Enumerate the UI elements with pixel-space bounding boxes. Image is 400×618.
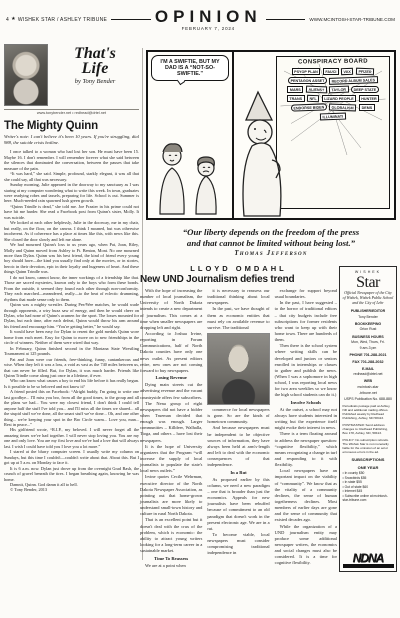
editorial-cartoon: I'M A SWIFTIE, BUT MY DAD IS A “NOT-SO-S… — [146, 50, 396, 220]
paragraph: In the past, we have thought of them as … — [207, 306, 269, 331]
paragraph: commerce for local newspapers is gone. S… — [207, 407, 269, 425]
paragraph: At the outset, a school may not always h… — [275, 407, 337, 432]
board-label: HUNTER — [359, 95, 379, 102]
email-value: redhead@drtel.net — [343, 372, 394, 376]
section-date: FEBRUARY 7, 2024 — [155, 26, 262, 31]
usps-number: USPS Publication No. 688-880 — [343, 397, 394, 401]
subscription-rates: • In county $50• Snowbirds $55• In state… — [343, 471, 394, 502]
board-label: ALIENS? — [306, 86, 327, 94]
paragraph: © Tony Bender, 2013 — [4, 487, 139, 492]
paragraph: With the hope of increasing the number o… — [140, 288, 202, 331]
subhead: Involve Schools — [275, 400, 337, 406]
postmaster-note: POSTMASTER: Send address changes to: Red… — [343, 423, 394, 435]
policy-note: POLICY: No subscription refunds. The Wis… — [343, 438, 394, 454]
article-headline: New UND Journalism defies trend — [140, 274, 337, 285]
masthead-box: WISHEK Star Official Newspaper of the Ci… — [339, 266, 397, 572]
bookkeeping-label: BOOKKEEPING — [343, 322, 394, 326]
hours-time: 9 am-3 pm — [343, 346, 394, 350]
page-number: 4 — [6, 17, 9, 23]
article-column-2-bottom: commerce for local newspapers is gone. S… — [207, 407, 269, 557]
thats-life-masthead: That's Life by Tony Bender — [4, 44, 139, 106]
board-label: PSYOP PLAN — [292, 68, 321, 75]
board-label: TRANS — [287, 95, 305, 102]
paragraph: A friend posted this on Facebook: “Alrig… — [4, 389, 139, 427]
board-label: FAUCI — [323, 68, 339, 75]
quote-attribution: Thomas Jefferson — [146, 250, 396, 257]
paragraph: it is necessary to reassess our traditio… — [207, 288, 269, 306]
paragraph: And because newspapers must be independe… — [207, 425, 269, 468]
hours-label: BUSINESS HOURS — [343, 335, 394, 339]
board-label: LIZARD PEOPLE — [322, 95, 357, 102]
paragraph: While the organization of a UND journali… — [275, 524, 337, 567]
paragraph: Quinn was a mighty wrestler. During Pee/… — [4, 302, 139, 329]
jefferson-quote: “Our liberty depends on the freedom of t… — [146, 227, 396, 257]
thats-life-column: That's Life by Tony Bender www.tonybende… — [4, 44, 139, 493]
web-value-2: -tribune.net — [343, 391, 394, 395]
paragraph: Sunday morning, Julie appeared in the do… — [4, 182, 139, 204]
speech-bubble-tail — [177, 77, 185, 85]
folio-name: WISHEK STAR / ASHLEY TRIBUNE — [18, 17, 107, 23]
subscriptions-title-2: ONE YEAR — [343, 466, 394, 470]
paragraph: We had mourned Quinn's loss to us years … — [4, 242, 139, 275]
board-label: NFL — [307, 95, 319, 102]
paragraph: It is the hope of University organizers … — [140, 444, 202, 475]
paragraph: There is a term floating around to addre… — [275, 431, 337, 468]
board-label: PFIZER — [356, 68, 374, 76]
paragraph: I stared at the blurry computer screen. … — [4, 449, 139, 465]
publisher-name: Tony Bender — [343, 315, 394, 319]
paragraph: In February, Quinn finished second in th… — [4, 346, 139, 357]
board-label: DEEP STATE — [351, 86, 379, 93]
paragraph: We are at a point when — [140, 563, 202, 569]
column-byline: by Tony Bender — [51, 78, 139, 85]
title-line1: That's — [51, 46, 139, 61]
header-rule-right — [266, 19, 306, 20]
quote-line2: and that cannot be limited without being… — [146, 238, 396, 249]
board-label: VAX — [341, 68, 354, 75]
subhead: In a Rut — [207, 470, 269, 476]
masthead-name: Star — [343, 276, 394, 290]
paragraph: I once talked to a woman who had lost he… — [4, 149, 139, 171]
author-contact-line: www.tonybender.net • redhead@drtel.net — [4, 109, 139, 115]
paragraph: Irvine quotes Cecile Wehrman, executive … — [140, 474, 202, 517]
folio-left: 4 ★ WISHEK STAR / ASHLEY TRIBUNE — [6, 17, 107, 23]
paragraph: The Nena group of eight newspapers did n… — [140, 401, 202, 444]
title-line2: Life — [51, 61, 139, 76]
conspiracy-board: CONSPIRACY BOARD PSYOP PLANFAUCIVAXPFIZE… — [276, 56, 390, 209]
website-url: WWW.MCINTOSH-STAR-TRIBUNE.COM — [309, 17, 395, 22]
writers-note: Writer's note: I can't believe it's been… — [4, 134, 139, 146]
article-body: With the hope of increasing the number o… — [140, 288, 337, 569]
article-column-2-top: it is necessary to reassess our traditio… — [207, 288, 269, 331]
board-label: ENDORSE BIDEN — [291, 103, 327, 111]
web-value-1: mcintosh-star — [343, 385, 394, 389]
speech-bubble-text: I'M A SWIFTIE, BUT MY DAD IS A “NOT-SO-S… — [160, 59, 219, 78]
board-label: DEMS — [359, 104, 375, 111]
lloyd-omdahl-photo — [207, 333, 269, 405]
tinfoil-hat-man — [234, 90, 286, 218]
board-labels: PSYOP PLANFAUCIVAXPFIZERPENTAGON ASSETRE… — [279, 68, 387, 120]
official-newspaper-text: Official Newspaper of the City of Wishek… — [343, 291, 394, 306]
ndna-logo-text: NDNA — [343, 552, 394, 564]
publisher-label: PUBLISHER/EDITOR — [343, 309, 394, 313]
paragraph: As proposed earlier by this column, we n… — [207, 477, 269, 532]
paragraph: Then there is the school system where wr… — [275, 343, 337, 398]
paragraph: “Quinn Trindle is dead,” she told me. Jo… — [4, 204, 139, 220]
fax-line: FAX 701-288-2032 — [343, 360, 394, 364]
author-kicker: LLOYD OMDAHL — [140, 264, 337, 273]
board-label: MARS — [287, 86, 303, 93]
paragraph: It would have been easy for Dylan to res… — [4, 329, 139, 345]
paragraph: I do not know, cannot know, the inner wo… — [4, 275, 139, 302]
subhead: Time To Reassess — [140, 556, 202, 562]
cartoon-panel-left: I'M A SWIFTIE, BUT MY DAD IS A “NOT-SO-S… — [148, 52, 234, 218]
ndna-logo-bar — [343, 564, 394, 568]
thats-life-title: That's Life by Tony Bender — [51, 44, 139, 106]
paragraph: To become viable, local newspapers must … — [207, 532, 269, 557]
paragraph: In the past, I have suggested – to the h… — [275, 300, 337, 343]
paragraph: Local newspapers have an important impac… — [275, 468, 337, 523]
article-column-3: exchange for support beyond usual bounda… — [275, 288, 337, 569]
page-header: 4 ★ WISHEK STAR / ASHLEY TRIBUNE OPINION… — [6, 8, 395, 31]
tony-bender-photo — [4, 44, 48, 106]
quote-line1: “Our liberty depends on the freedom of t… — [146, 227, 396, 238]
star-icon: ★ — [11, 17, 16, 22]
bookkeeping-name: Orlon Rust — [343, 327, 394, 331]
paragraph: According to Joshua Irvine, reporting in… — [140, 331, 202, 374]
phone-line: PHONE 701-288-2021 — [343, 353, 394, 357]
section-title: OPINION — [155, 8, 262, 25]
postage-fineprint: Periodicals postage paid at Ashley, ND a… — [343, 404, 394, 420]
subscriptions-title-1: SUBSCRIPTIONS — [343, 458, 394, 462]
paragraph: Pat and Joan were our friends, free-thin… — [4, 357, 139, 379]
paragraph: “It was hard,” she said. Simple, profoun… — [4, 171, 139, 182]
speech-bubble: I'M A SWIFTIE, BUT MY DAD IS A “NOT-SO-S… — [151, 55, 229, 81]
article-column-2: it is necessary to reassess our traditio… — [207, 288, 269, 569]
paragraph: Dying main streets cut the advertising r… — [140, 382, 202, 400]
hours-days: Mon, Wed, Thurs, Fri. — [343, 340, 394, 344]
board-label: RECORD ALBUM SALES — [329, 76, 378, 85]
paragraph: His girlfriend wrote, “R.I.P., my belove… — [4, 427, 139, 449]
subscription-rate-item: • Subscribe online at mcintosh-star-trib… — [343, 494, 394, 503]
column-body: I once talked to a woman who had lost he… — [4, 149, 139, 493]
cartoon-panel-right: CONSPIRACY BOARD PSYOP PLANFAUCIVAXPFIZE… — [234, 52, 394, 218]
email-label: E-MAIL — [343, 367, 394, 371]
board-label: TAYLOR — [329, 86, 349, 94]
paragraph: Who can know what causes a boy to end hi… — [4, 378, 139, 389]
subhead: Losing Revenue — [140, 375, 202, 381]
paragraph: exchange for support beyond usual bounda… — [275, 288, 337, 300]
header-rule-left — [111, 19, 151, 20]
paragraph: It is 6 a.m. now. Dylan just drove up fr… — [4, 466, 139, 482]
paragraph: We looked at each other helplessly, Juli… — [4, 220, 139, 242]
article-column-1: With the hope of increasing the number o… — [140, 288, 202, 569]
section-block: OPINION FEBRUARY 7, 2024 — [155, 8, 262, 31]
web-label: WEB — [343, 379, 394, 383]
column-headline: The Mighty Quinn — [4, 120, 139, 132]
paragraph: That is an excellent point but it doesn'… — [140, 517, 202, 554]
board-label: ILLUMINATI — [320, 113, 346, 121]
board-label: GLOBALISM — [329, 104, 356, 112]
newspaper-opinion-page: 4 ★ WISHEK STAR / ASHLEY TRIBUNE OPINION… — [0, 0, 400, 618]
ndna-logo: NDNA — [343, 552, 394, 569]
board-label: PENTAGON ASSET — [288, 77, 327, 84]
mother-and-child-figures — [148, 122, 234, 218]
